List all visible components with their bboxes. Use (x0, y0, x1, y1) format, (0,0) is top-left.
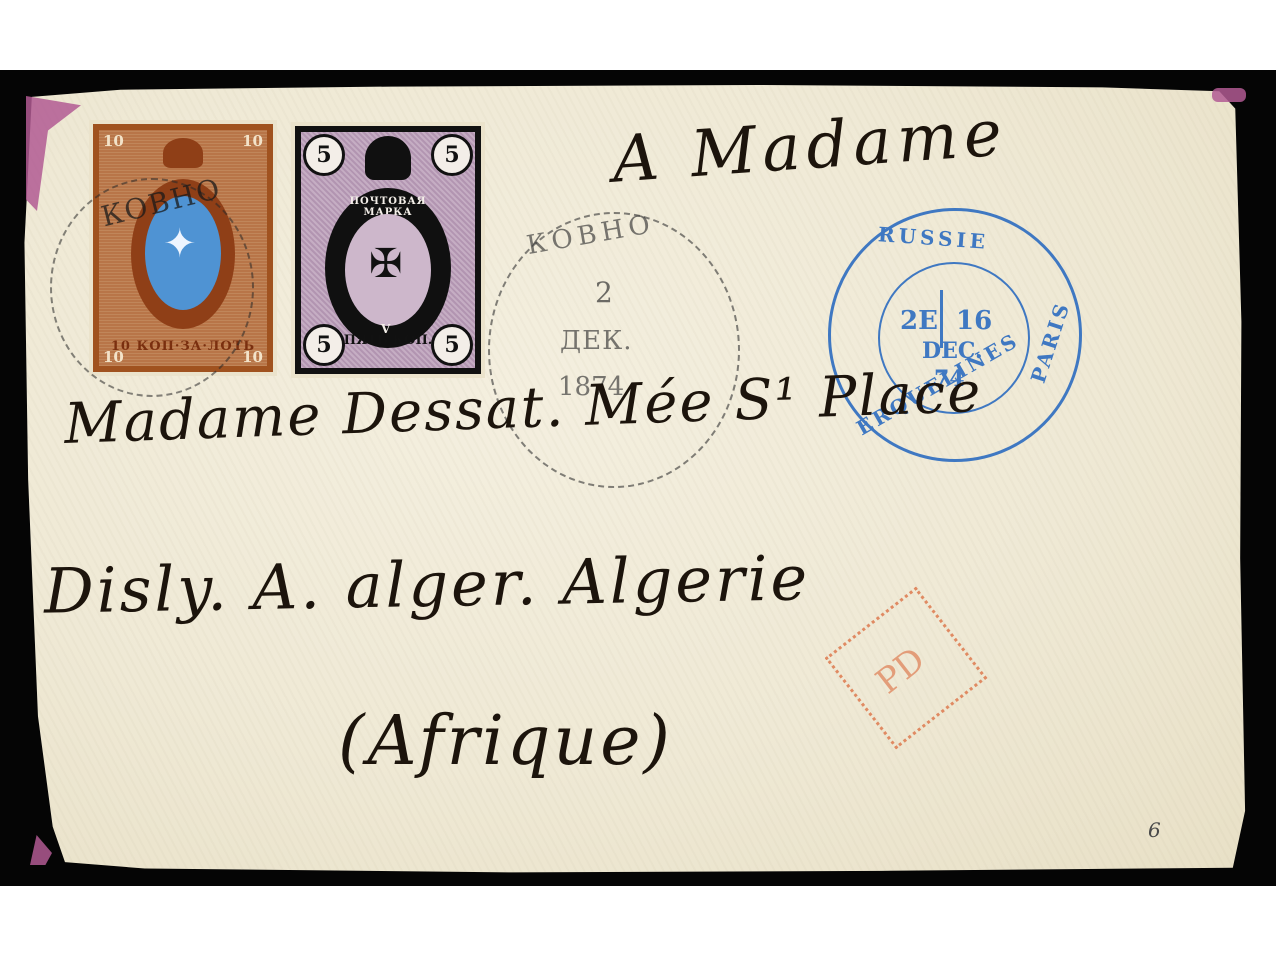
purple-lining-top-right (1212, 88, 1246, 102)
crown-icon (163, 138, 203, 168)
address-line-country: (Afrique) (338, 702, 673, 781)
stamp-5-kopeck: ПОЧТОВАЯ МАРКА ✠ V 5 5 5 5 ПЯТЬ КОП. (295, 126, 481, 374)
denomination-top-left: 5 (303, 134, 345, 176)
crown-icon (365, 136, 411, 180)
kovno-cancel-on-stamp: КОВНО (50, 178, 254, 397)
postmark-day-prefix: 2E (900, 306, 938, 336)
double-headed-eagle-icon: ✠ (369, 244, 403, 284)
postmark-day: 2 (595, 276, 613, 309)
pencil-notation: 6 (1148, 818, 1161, 842)
postmark-day: 2E 16 (900, 306, 992, 336)
postmark-month: ДЕК. (560, 326, 633, 356)
denomination-top-right: 10 (242, 132, 263, 150)
pd-text: PD (869, 640, 933, 702)
address-line-city: Disly. A. alger. Algerie (43, 541, 810, 627)
denomination-top-right: 5 (431, 134, 473, 176)
denomination-top-left: 10 (103, 132, 124, 150)
kovno-datestamp: КОВНО 2 ДЕК. 1874 (488, 212, 740, 488)
postmark-day-number: 16 (956, 306, 992, 336)
stamp-inscription: ПЯТЬ КОП. (325, 333, 451, 348)
